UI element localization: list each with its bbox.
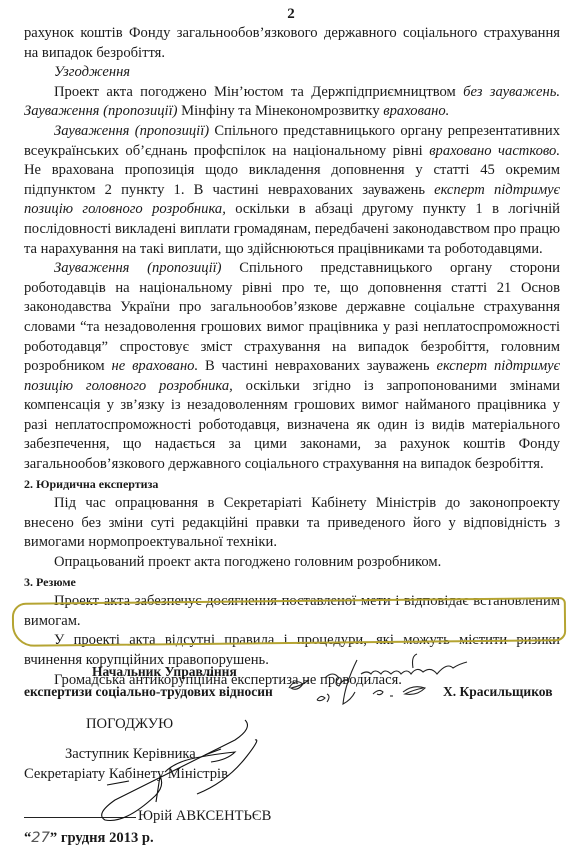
- approval-heading: ПОГОДЖУЮ: [86, 714, 173, 734]
- section-3-heading: 3. Резюме: [24, 573, 560, 593]
- document-body: рахунок коштів Фонду загальнообов’язково…: [24, 24, 560, 690]
- paragraph-summary: Проект акта забезпечує досягнення постав…: [24, 592, 560, 631]
- signer-name: Х. Красильщиков: [443, 682, 553, 702]
- approver-name: Юрій АВКСЕНТЬЄВ: [138, 806, 271, 826]
- signer-title-line1: Начальник Управління: [92, 662, 237, 682]
- paragraph-legal-approved: Опрацьований проект акта погоджено голов…: [24, 553, 560, 573]
- paragraph-agreement: Проект акта погоджено Мін’юстом та Держп…: [24, 83, 560, 122]
- section-2-heading: 2. Юридична експертиза: [24, 475, 560, 495]
- paragraph-employers-remarks: Зауваження (пропозиції) Спільного предст…: [24, 259, 560, 475]
- approval-date: “27” грудня 2013 р.: [24, 828, 154, 848]
- approver-title-line2: Секретаріату Кабінету Міністрів: [24, 764, 228, 784]
- paragraph-fund-continuation: рахунок коштів Фонду загальнообов’язково…: [24, 24, 560, 63]
- agreement-heading: Узгодження: [24, 63, 560, 83]
- document-page: 2 рахунок коштів Фонду загальнообов’язко…: [0, 0, 582, 861]
- signature-line: [24, 817, 136, 818]
- paragraph-unions-remarks: Зауваження (пропозиції) Спільного предст…: [24, 122, 560, 259]
- signer-title-line2: експертизи соціально-трудових відносин: [24, 682, 273, 702]
- paragraph-legal-review: Під час опрацювання в Секретаріаті Кабін…: [24, 494, 560, 553]
- page-number: 2: [0, 4, 582, 24]
- approver-title-line1: Заступник Керівника: [65, 744, 196, 764]
